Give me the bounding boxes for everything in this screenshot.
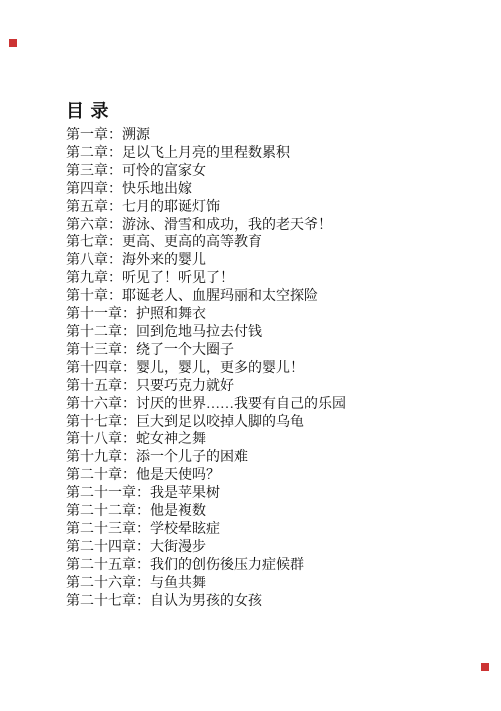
toc-page-title: 目 录 bbox=[66, 97, 110, 123]
toc-entry: 第十四章：婴儿，婴儿，更多的婴儿！ bbox=[66, 360, 466, 378]
toc-entry: 第七章：更高、更高的高等教育 bbox=[66, 234, 466, 252]
toc-entry: 第四章：快乐地出嫁 bbox=[66, 181, 466, 199]
red-square-marker-bottom-right bbox=[481, 663, 489, 671]
toc-entry: 第二十二章：他是複数 bbox=[66, 503, 466, 521]
red-square-marker-top-left bbox=[9, 39, 17, 47]
toc-entry: 第八章：海外来的婴儿 bbox=[66, 252, 466, 270]
toc-list: 第一章：溯源第二章：足以飞上月亮的里程数累积第三章：可怜的富家女第四章：快乐地出… bbox=[66, 127, 466, 610]
toc-entry: 第十一章：护照和舞衣 bbox=[66, 306, 466, 324]
toc-entry: 第十九章：添一个儿子的困难 bbox=[66, 449, 466, 467]
toc-entry: 第十三章：绕了一个大圈子 bbox=[66, 342, 466, 360]
toc-entry: 第二十七章：自认为男孩的女孩 bbox=[66, 593, 466, 611]
toc-entry: 第二十六章：与鱼共舞 bbox=[66, 575, 466, 593]
toc-entry: 第六章：游泳、滑雪和成功，我的老天爷！ bbox=[66, 217, 466, 235]
toc-entry: 第十五章：只要巧克力就好 bbox=[66, 378, 466, 396]
toc-entry: 第二十三章：学校晕眩症 bbox=[66, 521, 466, 539]
toc-entry: 第五章：七月的耶诞灯饰 bbox=[66, 199, 466, 217]
toc-entry: 第十二章：回到危地马拉去付钱 bbox=[66, 324, 466, 342]
toc-entry: 第二十五章：我们的创伤後压力症候群 bbox=[66, 557, 466, 575]
toc-entry: 第二十四章：大街漫步 bbox=[66, 539, 466, 557]
toc-entry: 第二章：足以飞上月亮的里程数累积 bbox=[66, 145, 466, 163]
toc-entry: 第十六章：讨厌的世界……我要有自己的乐园 bbox=[66, 396, 466, 414]
toc-entry: 第三章：可怜的富家女 bbox=[66, 163, 466, 181]
toc-entry: 第二十一章：我是苹果树 bbox=[66, 485, 466, 503]
toc-entry: 第十章：耶诞老人、血腥玛丽和太空探险 bbox=[66, 288, 466, 306]
toc-entry: 第十七章：巨大到足以咬掉人脚的乌龟 bbox=[66, 414, 466, 432]
document-page: 目 录 第一章：溯源第二章：足以飞上月亮的里程数累积第三章：可怜的富家女第四章：… bbox=[0, 0, 501, 711]
toc-entry: 第二十章：他是天使吗？ bbox=[66, 467, 466, 485]
toc-entry: 第一章：溯源 bbox=[66, 127, 466, 145]
toc-entry: 第九章：听见了！听见了！ bbox=[66, 270, 466, 288]
toc-entry: 第十八章：蛇女神之舞 bbox=[66, 431, 466, 449]
